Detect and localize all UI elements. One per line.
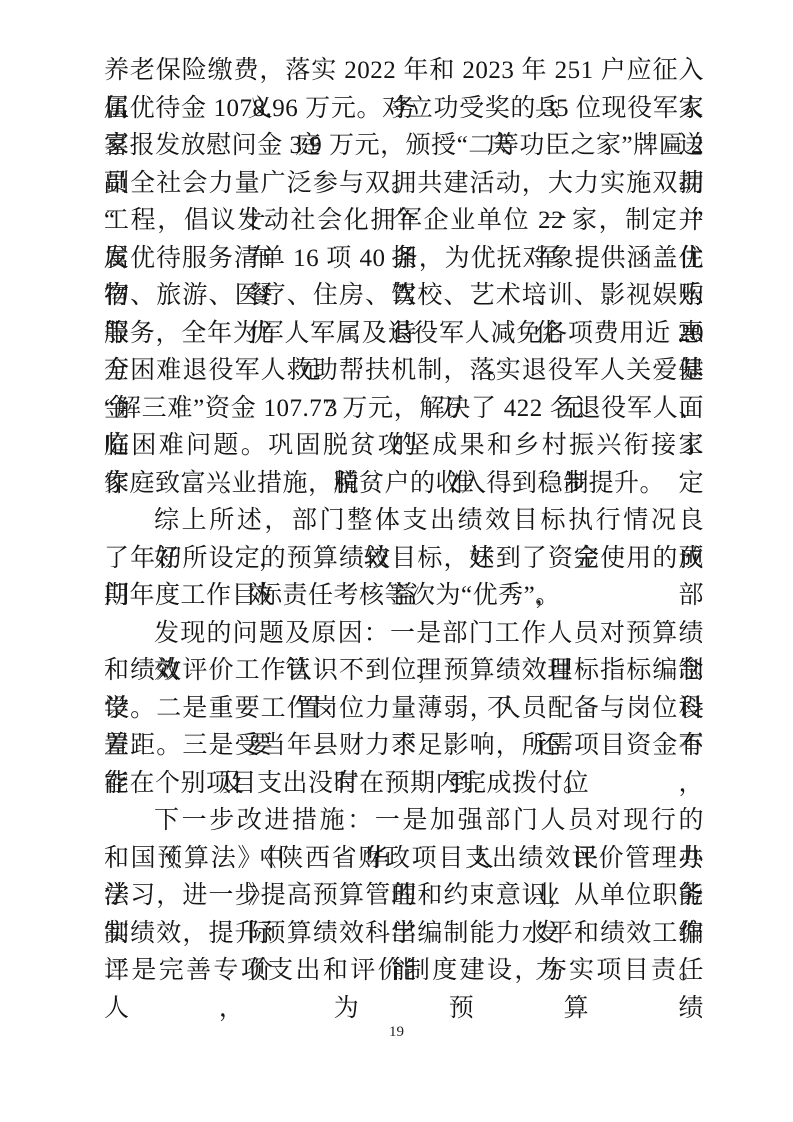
text-line: 差距。三是受当年县财力不足影响，所需项目资金不能及时到位， [104,727,704,765]
text-line: 制绩效，提升预算绩效科学编制能力水平和绩效工作评价能力。 [104,915,704,953]
text-line: 员全社会力量广泛参与双拥共建活动，大力实施双拥“十个一” [104,165,704,203]
text-line: 物、旅游、医疗、住房、驾校、艺术培训、影视娱乐等优待优惠 [104,277,704,315]
text-line: 和国预算法》《陕西省财政项目支出绩效评价管理办法》的业务 [104,840,704,878]
paragraph-problems-and-causes: 发现的问题及原因：一是部门工作人员对预算绩效管理理念 和绩效评价工作认识不到位，… [104,615,704,803]
text-line: “解三难”资金 107.77 万元，解决了 422 名退役军人面临的家 [104,390,704,428]
paragraph-improvement-measures: 下一步改进措施：一是加强部门人员对现行的《中华人民共 和国预算法》《陕西省财政项… [104,802,704,990]
text-line: 工程，倡议发动社会化拥军企业单位 22 家，制定并发布拥军优 [104,202,704,240]
document-page: 养老保险缴费，落实 2022 年和 2023 年 251 户应征入伍义务兵家 属… [0,0,793,1122]
paragraph-summary: 综上所述，部门整体支出绩效目标执行情况良好，较好完成 了年初所设定的预算绩效目标… [104,502,704,615]
text-line: 家庭致富兴业措施，脱贫户的收入得到稳步提升。 [104,465,704,503]
page-number: 19 [0,1024,793,1041]
text-line: 服务，全年为军人军属及退役军人减免各项费用近 20 万元。健 [104,315,704,353]
text-line: 了年初所设定的预算绩效目标，达到了资金使用的预期效益，部 [104,540,704,578]
text-line: 养老保险缴费，落实 2022 年和 2023 年 251 户应征入伍义务兵家 [104,52,704,90]
text-line: 全困难退役军人救助帮扶机制，落实退役军人关爱基金 3 万元、 [104,352,704,390]
text-line: 学。二是重要工作岗位力量薄弱，人员配备与岗位设置要求还有 [104,690,704,728]
document-text-block: 养老保险缴费，落实 2022 年和 2023 年 251 户应征入伍义务兵家 属… [104,52,704,990]
text-line: 庭困难问题。巩固脱贫攻坚成果和乡村振兴衔接工作。精准制定 [104,427,704,465]
text-line: 综上所述，部门整体支出绩效目标执行情况良好，较好完成 [104,502,704,540]
text-line: 喜报发放慰问金 3.9 万元，颁授“二等功臣之家”牌匾 2 副。动 [104,127,704,165]
paragraph-veteran-support: 养老保险缴费，落实 2022 年和 2023 年 251 户应征入伍义务兵家 属… [104,52,704,502]
text-line: 下一步改进措施：一是加强部门人员对现行的《中华人民共 [104,802,704,840]
text-line: 属优待金 1078.96 万元。对立功受奖的 35 位现役军人家庭庆送 [104,90,704,128]
text-line: 学习，进一步提高预算管理和约束意识，从单位职能实际出发编 [104,877,704,915]
text-line: 发现的问题及原因：一是部门工作人员对预算绩效管理理念 [104,615,704,653]
text-line: 和绩效评价工作认识不到位，预算绩效目标指标编制设置不科 [104,652,704,690]
text-line: 二是完善专项支出和评价制度建设，夯实项目责任人，为预算绩 [104,952,704,990]
text-line: 属优待服务清单 16 项 40 条，为优抚对象提供涵盖住宿餐饮、购 [104,240,704,278]
